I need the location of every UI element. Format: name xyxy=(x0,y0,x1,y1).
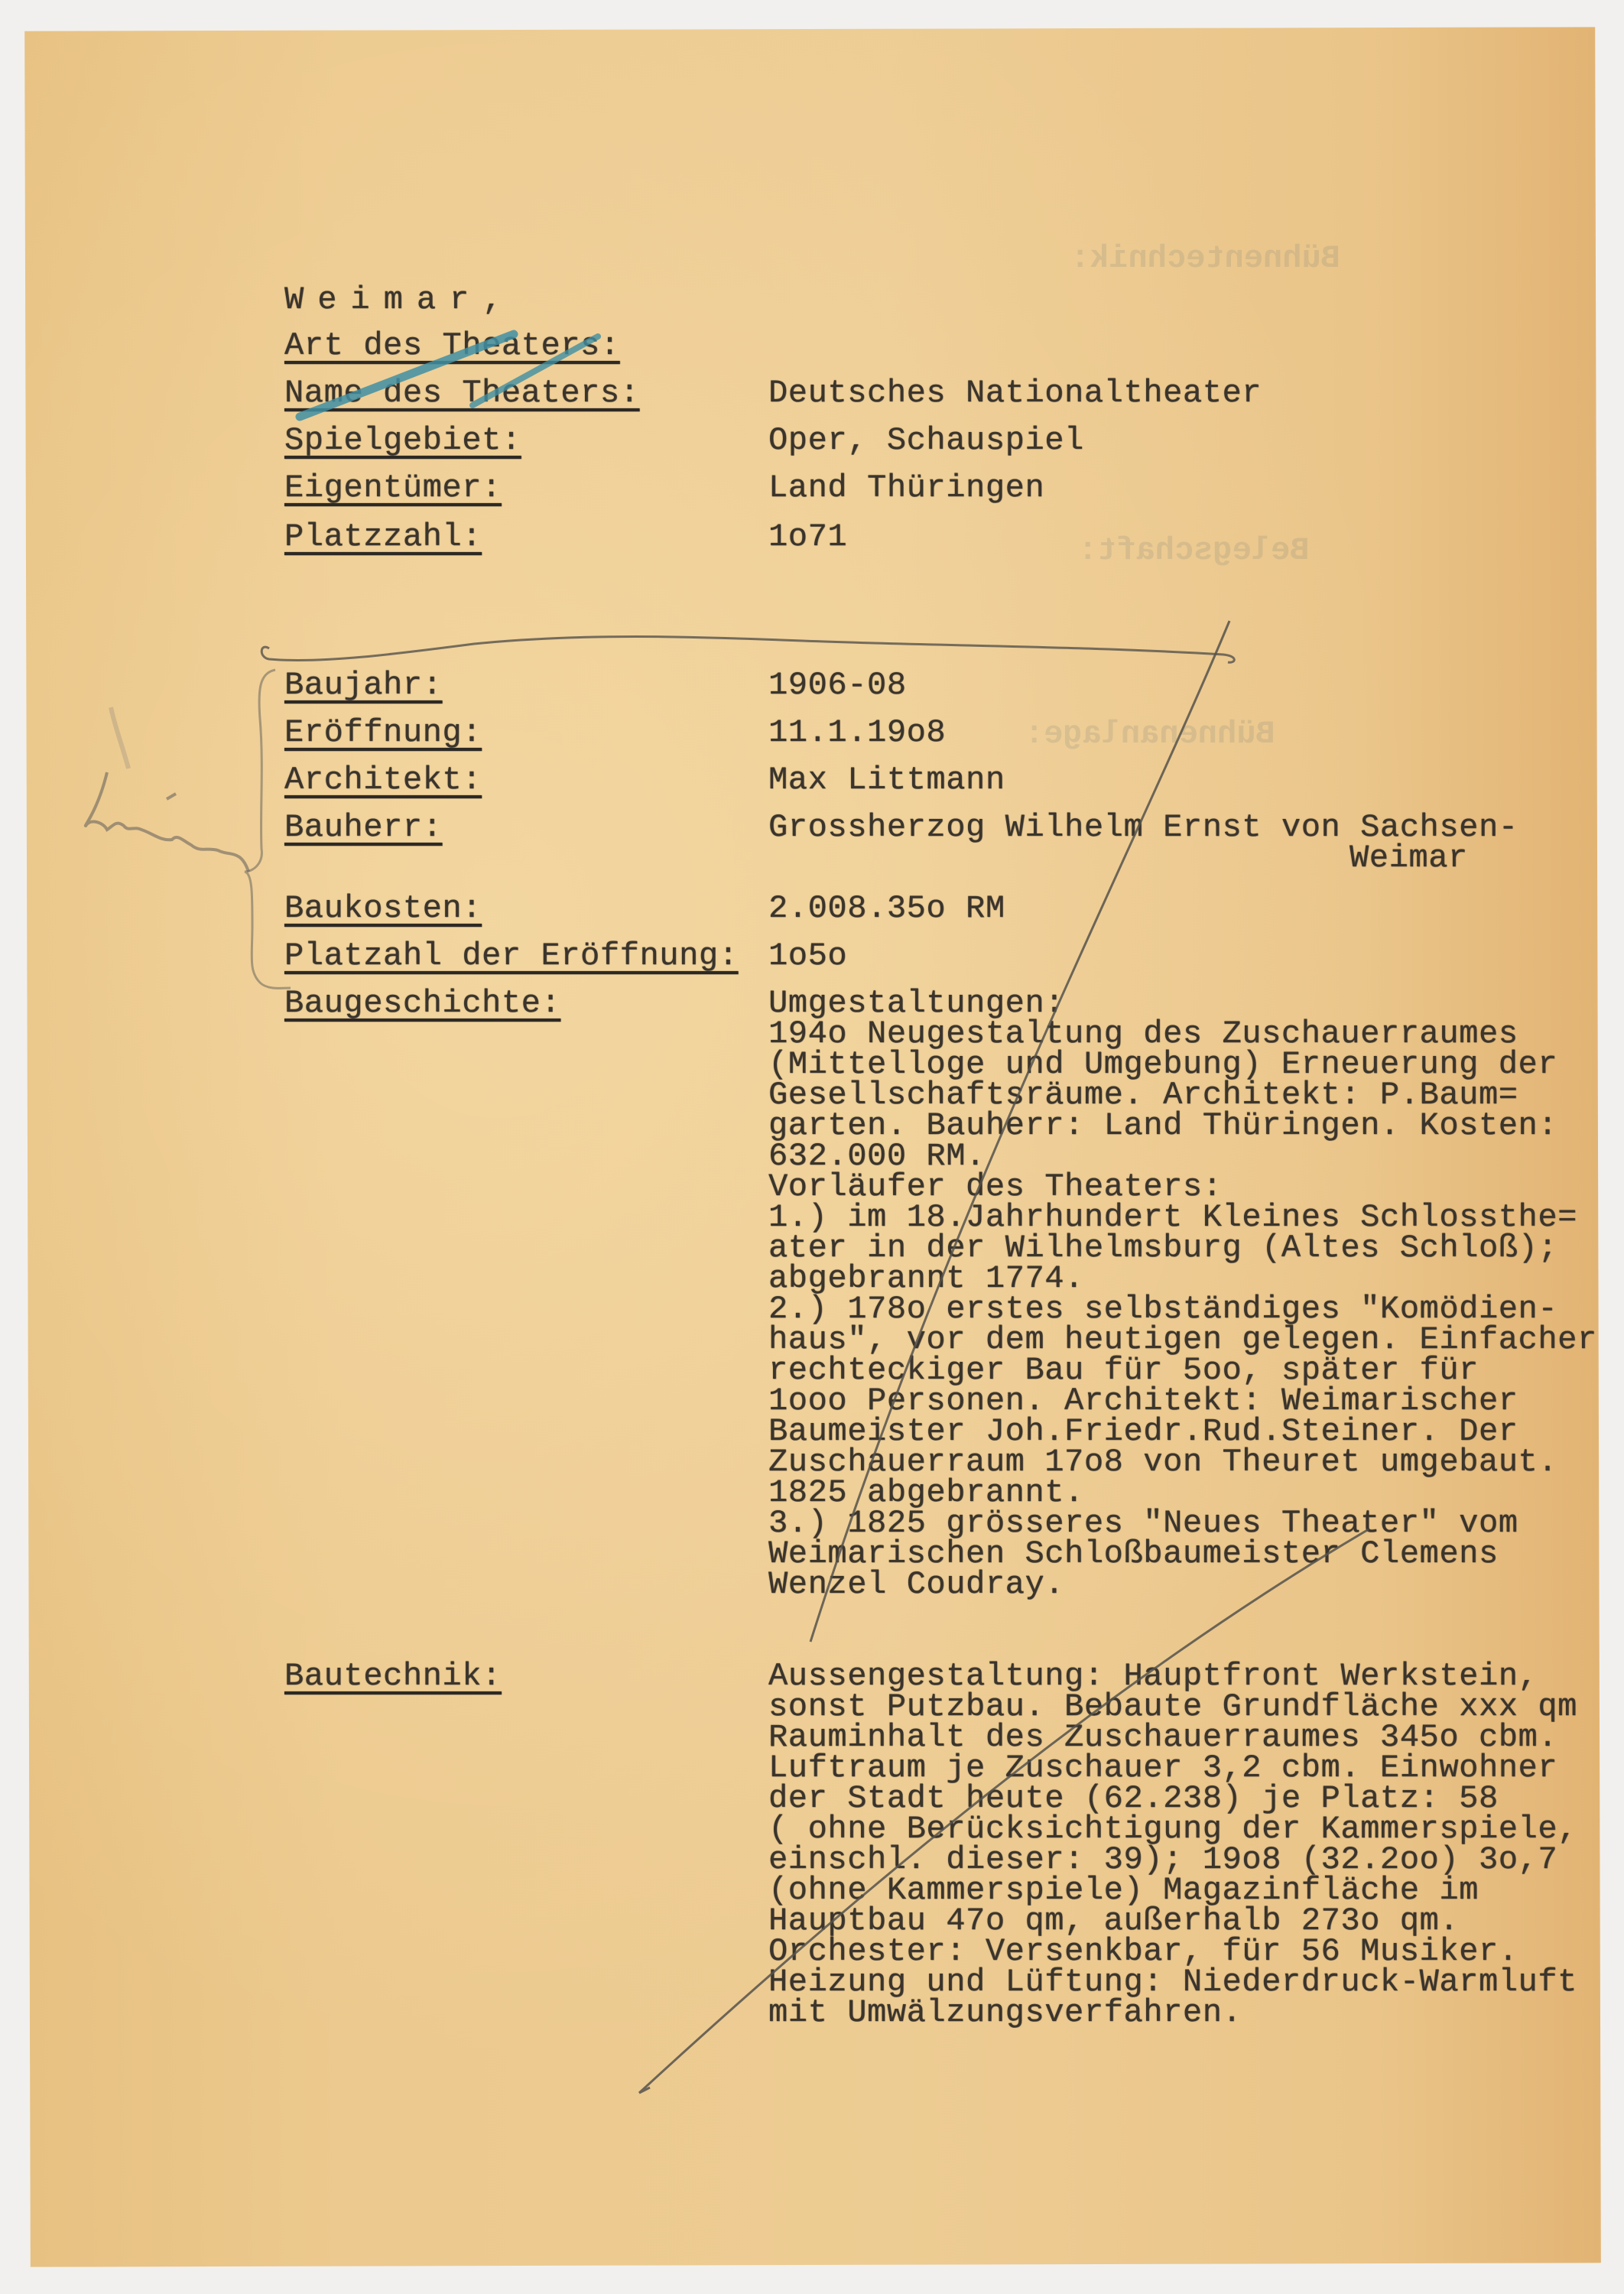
field-label-bautechnik: Bautechnik: xyxy=(284,1661,502,1691)
field-value-bauherr-line2: Weimar xyxy=(1350,843,1468,873)
field-value-name: Deutsches Nationaltheater xyxy=(768,378,1262,408)
field-value-architekt: Max Littmann xyxy=(768,765,1005,795)
text-line: haus", vor dem heutigen gelegen. Einfach… xyxy=(768,1324,1597,1355)
field-value-spielgebiet: Oper, Schauspiel xyxy=(768,425,1084,456)
text-line: ( ohne Berücksichtigung der Kammerspiele… xyxy=(768,1814,1577,1844)
text-line: Hauptbau 47o qm, außerhalb 273o qm. xyxy=(768,1906,1577,1936)
field-value-baukosten: 2.008.35o RM xyxy=(768,893,1005,924)
text-line: rechteckiger Bau für 5oo, später für xyxy=(768,1355,1597,1386)
text-line: Weimarischen Schloßbaumeister Clemens xyxy=(768,1539,1597,1569)
bleed-through-text: Belegschaft: xyxy=(1078,535,1309,566)
baugeschichte-text: Umgestaltungen: 194o Neugestaltung des Z… xyxy=(768,988,1597,1600)
field-label-spielgebiet: Spielgebiet: xyxy=(284,425,521,456)
text-line: 1.) im 18.Jahrhundert Kleines Schlossthe… xyxy=(768,1202,1597,1233)
text-line: Orchester: Versenkbar, für 56 Musiker. xyxy=(768,1936,1577,1967)
field-label-platzahl-eroeffnung: Platzahl der Eröffnung: xyxy=(284,941,739,971)
text-line: 3.) 1825 grösseres "Neues Theater" vom xyxy=(768,1508,1597,1539)
text-line: ater in der Wilhelmsburg (Altes Schloß); xyxy=(768,1233,1597,1263)
field-label-architekt: Architekt: xyxy=(284,765,482,795)
text-line: Aussengestaltung: Hauptfront Werkstein, xyxy=(768,1661,1577,1691)
text-line: abgebrannt 1774. xyxy=(768,1263,1597,1294)
text-line: Wenzel Coudray. xyxy=(768,1569,1597,1600)
field-label-name: Name des Theaters: xyxy=(284,378,639,408)
field-label-baugeschichte: Baugeschichte: xyxy=(284,988,560,1019)
city-heading: Weimar, xyxy=(284,284,515,315)
text-line: Baumeister Joh.Friedr.Rud.Steiner. Der xyxy=(768,1416,1597,1447)
field-value-bauherr-line1: Grossherzog Wilhelm Ernst von Sachsen- xyxy=(768,812,1518,843)
text-line: (Mittelloge und Umgebung) Erneuerung der xyxy=(768,1049,1597,1080)
field-label-baukosten: Baukosten: xyxy=(284,893,482,924)
field-value-platzzahl: 1o71 xyxy=(768,522,847,552)
field-value-baujahr: 1906-08 xyxy=(768,670,907,700)
text-line: der Stadt heute (62.238) je Platz: 58 xyxy=(768,1783,1577,1814)
bautechnik-text: Aussengestaltung: Hauptfront Werkstein, … xyxy=(768,1661,1577,2028)
text-line: 194o Neugestaltung des Zuschauerraumes xyxy=(768,1019,1597,1049)
field-label-art: Art des Theaters: xyxy=(284,330,620,361)
bleed-through-text: Bühnentechnik: xyxy=(1070,243,1340,274)
field-label-eroeffnung: Eröffnung: xyxy=(284,717,482,748)
text-line: garten. Bauherr: Land Thüringen. Kosten: xyxy=(768,1110,1597,1141)
text-line: 1825 abgebrannt. xyxy=(768,1477,1597,1508)
text-line: (ohne Kammerspiele) Magazinfläche im xyxy=(768,1875,1577,1906)
field-value-platzahl-eroeffnung: 1o5o xyxy=(768,941,847,971)
text-line: Umgestaltungen: xyxy=(768,988,1597,1019)
bleed-through-text: Bühnenanlage: xyxy=(1025,719,1275,749)
text-line: Vorläufer des Theaters: xyxy=(768,1171,1597,1202)
text-line: mit Umwälzungsverfahren. xyxy=(768,1997,1577,2028)
text-line: einschl. dieser: 39); 19o8 (32.2oo) 3o,7 xyxy=(768,1844,1577,1875)
text-line: Rauminhalt des Zuschauerraumes 345o cbm. xyxy=(768,1722,1577,1753)
field-value-eroeffnung: 11.1.19o8 xyxy=(768,717,946,748)
text-line: Gesellschaftsräume. Architekt: P.Baum= xyxy=(768,1080,1597,1110)
text-line: Zuschauerraum 17o8 von Theuret umgebaut. xyxy=(768,1447,1597,1477)
text-line: Heizung und Lüftung: Niederdruck-Warmluf… xyxy=(768,1967,1577,1997)
text-line: 1ooo Personen. Architekt: Weimarischer xyxy=(768,1386,1597,1416)
text-line: 632.000 RM. xyxy=(768,1141,1597,1171)
text-line: sonst Putzbau. Bebaute Grundfläche xxx q… xyxy=(768,1691,1577,1722)
text-line: 2.) 178o erstes selbständiges "Komödien- xyxy=(768,1294,1597,1324)
field-label-platzzahl: Platzzahl: xyxy=(284,522,482,552)
field-label-eigentuemer: Eigentümer: xyxy=(284,473,502,503)
field-value-eigentuemer: Land Thüringen xyxy=(768,473,1044,503)
text-line: Luftraum je Zuschauer 3,2 cbm. Einwohner xyxy=(768,1753,1577,1783)
field-label-bauherr: Bauherr: xyxy=(284,812,442,843)
field-label-baujahr: Baujahr: xyxy=(284,670,442,700)
